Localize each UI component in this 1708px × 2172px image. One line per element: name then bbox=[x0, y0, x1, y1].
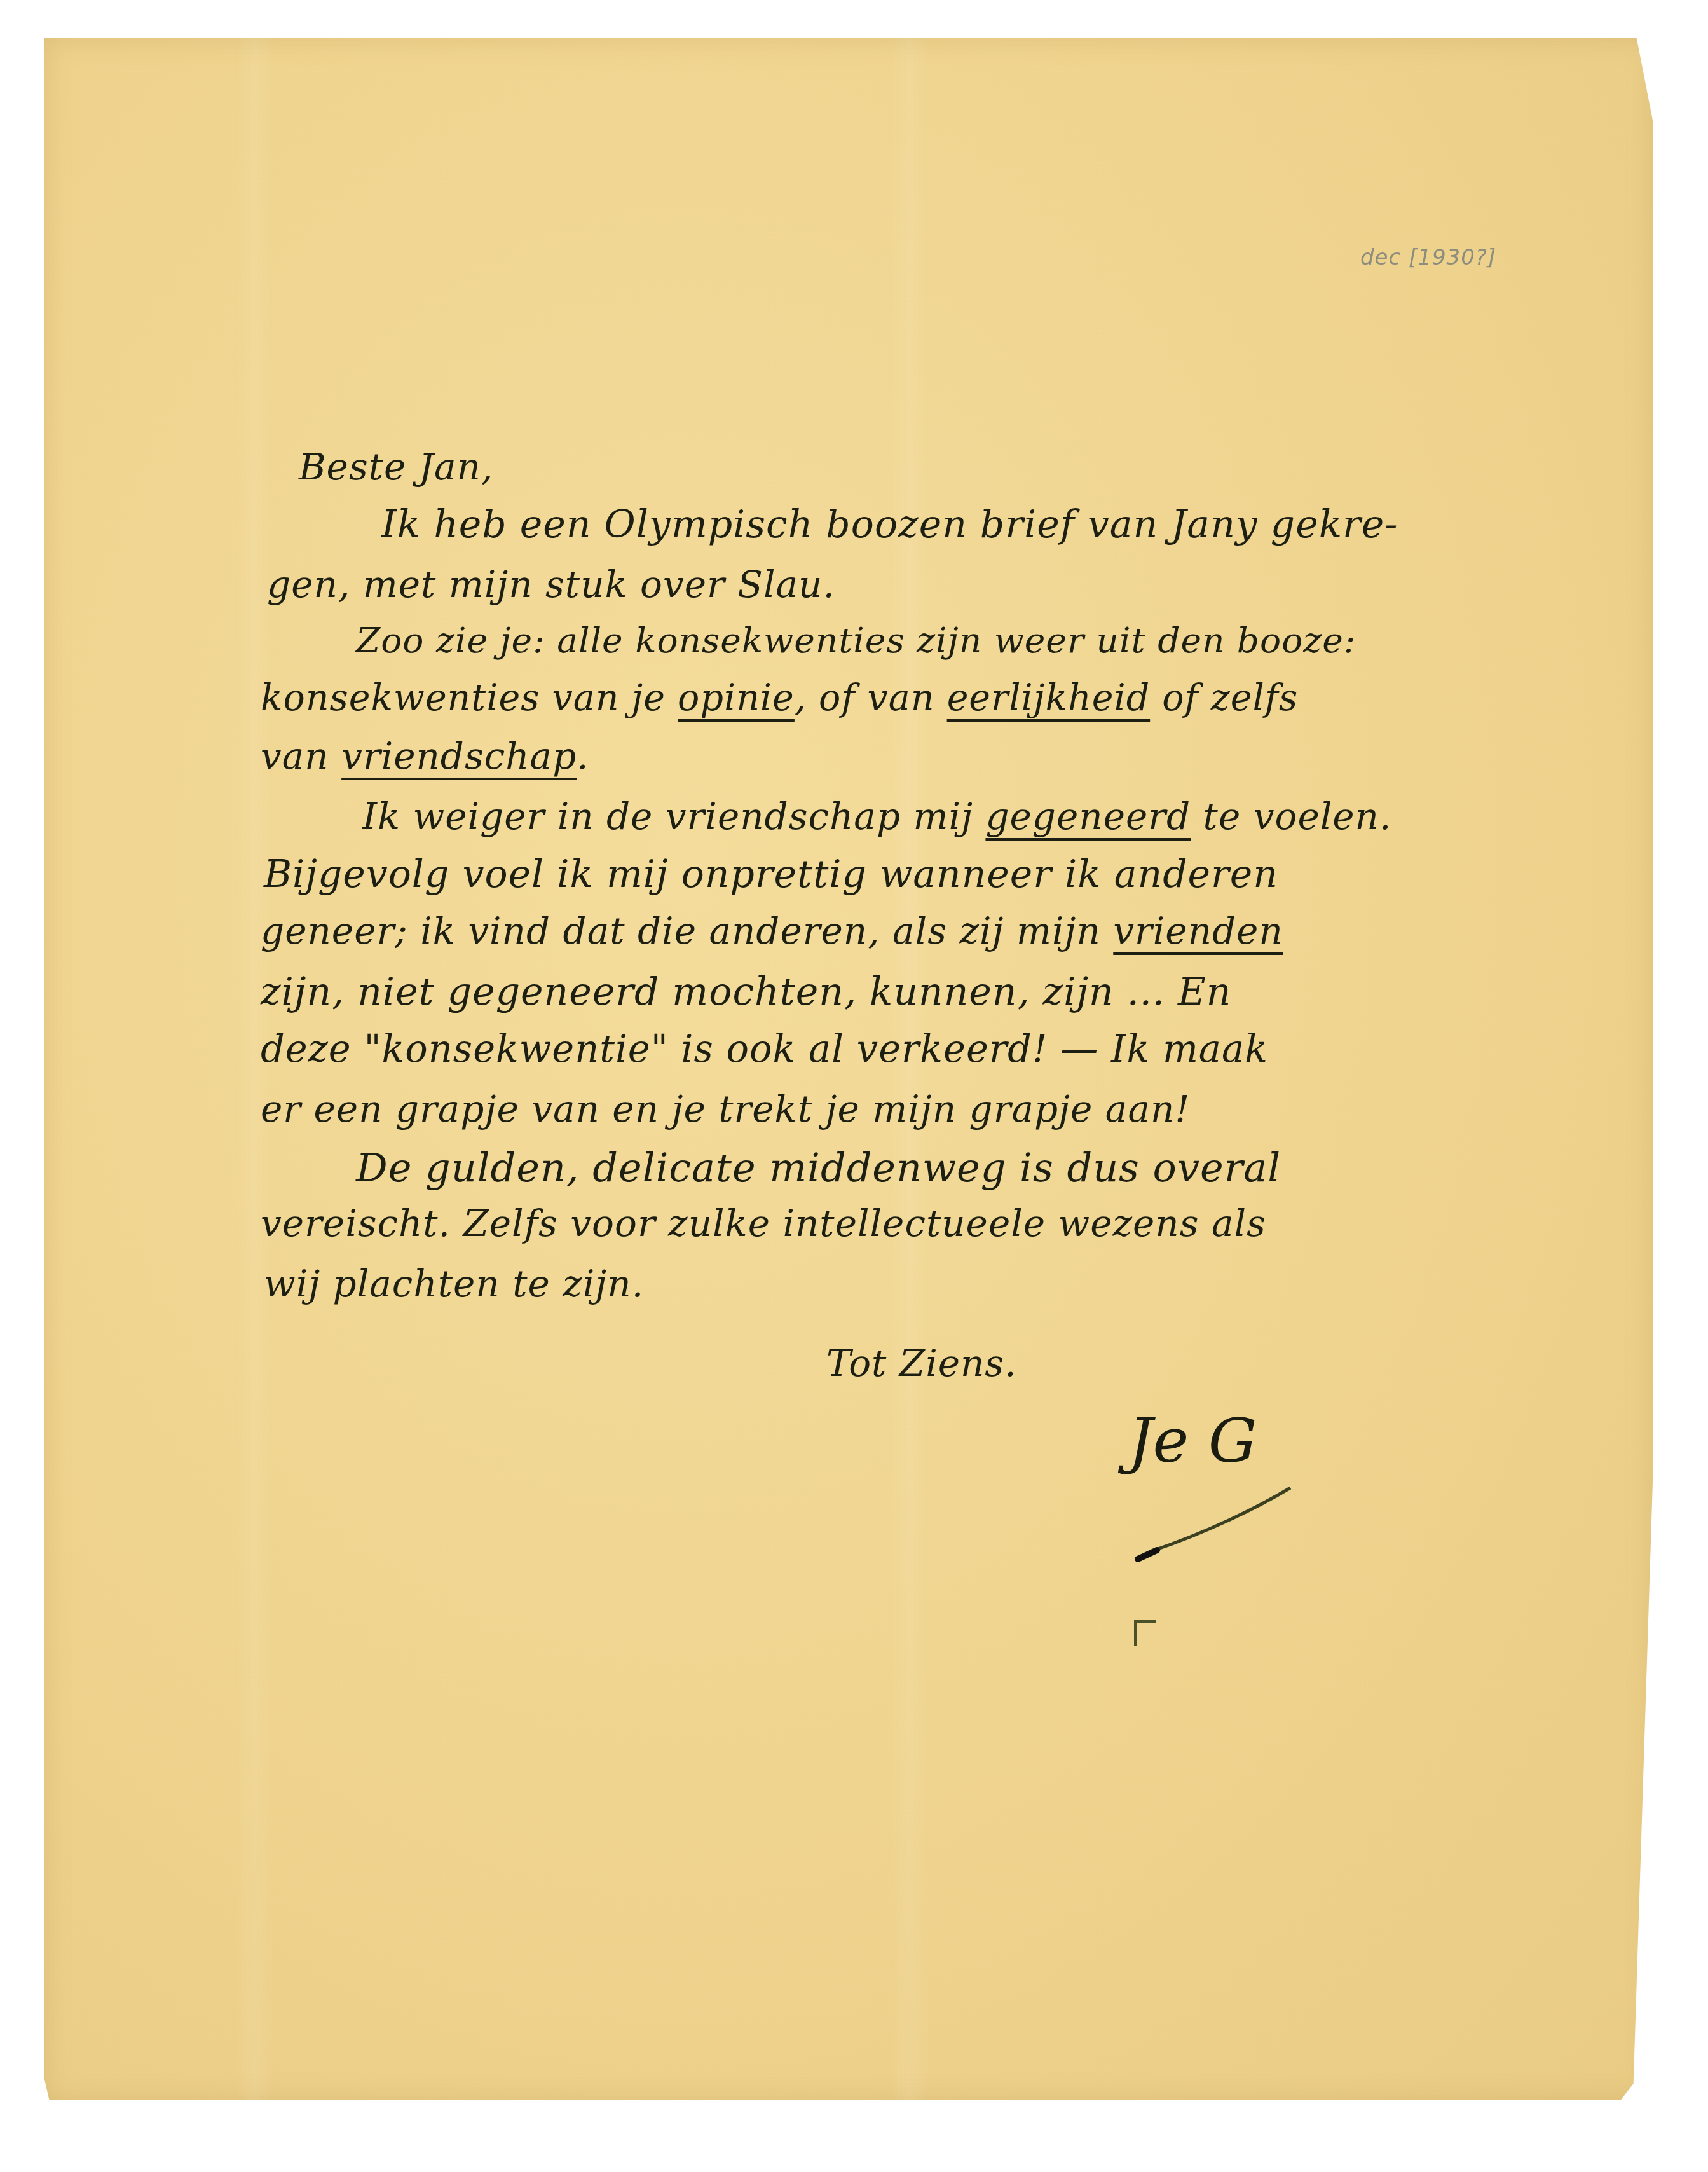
letter-line-1: Ik heb een Olympisch boozen brief van Ja… bbox=[381, 502, 1398, 547]
corner-mark bbox=[1134, 1620, 1156, 1646]
line-text: of zelfs bbox=[1150, 677, 1298, 719]
letter-line-8: geneer; ik vind dat die anderen, als zij… bbox=[261, 909, 1283, 952]
letter-line-11: er een grapje van en je trekt je mijn gr… bbox=[261, 1087, 1191, 1131]
letter-line-10: deze "konsekwentie" is ook al verkeerd! … bbox=[261, 1027, 1268, 1071]
letter-line-13: vereischt. Zelfs voor zulke intellectuee… bbox=[261, 1202, 1266, 1245]
letter-line-2: gen, met mijn stuk over Slau. bbox=[267, 563, 835, 606]
letter-line-6: Ik weiger in de vriendschap mij gegeneer… bbox=[362, 795, 1391, 838]
salutation: Beste Jan, bbox=[299, 445, 493, 488]
letter-line-7: Bijgevolg voel ik mij onprettig wanneer … bbox=[264, 852, 1278, 897]
underlined-word-gegeneerd: gegeneerd bbox=[985, 795, 1191, 838]
underlined-word-opinie: opinie bbox=[678, 677, 795, 719]
letter-line-5: van vriendschap. bbox=[261, 734, 589, 778]
underlined-word-eerlijkheid: eerlijkheid bbox=[947, 677, 1151, 719]
pencil-date-annotation: dec [1930?] bbox=[1360, 245, 1496, 270]
signature-flourish-icon bbox=[1131, 1481, 1297, 1571]
letter-line-12: De gulden, delicate middenweg is dus ove… bbox=[356, 1144, 1281, 1191]
line-text: te voelen. bbox=[1191, 795, 1391, 838]
line-text: . bbox=[577, 734, 589, 778]
closing: Tot Ziens. bbox=[826, 1342, 1017, 1385]
letter-line-3: Zoo zie je: alle konsekwenties zijn weer… bbox=[356, 620, 1356, 661]
underlined-word-vriendschap: vriendschap bbox=[341, 734, 577, 778]
letter-line-9: zijn, niet gegeneerd mochten, kunnen, zi… bbox=[261, 970, 1231, 1014]
line-text: geneer; ik vind dat die anderen, als zij… bbox=[261, 909, 1113, 952]
letter-line-4: konsekwenties van je opinie, of van eerl… bbox=[261, 677, 1298, 719]
line-text: van bbox=[261, 734, 341, 778]
underlined-word-vrienden: vrienden bbox=[1113, 909, 1283, 952]
signature: Je G bbox=[1128, 1405, 1257, 1476]
line-text: Ik weiger in de vriendschap mij bbox=[362, 795, 985, 838]
line-text: , of van bbox=[795, 677, 947, 719]
letter-line-14: wij plachten te zijn. bbox=[264, 1262, 644, 1305]
line-text: konsekwenties van je bbox=[261, 677, 678, 719]
